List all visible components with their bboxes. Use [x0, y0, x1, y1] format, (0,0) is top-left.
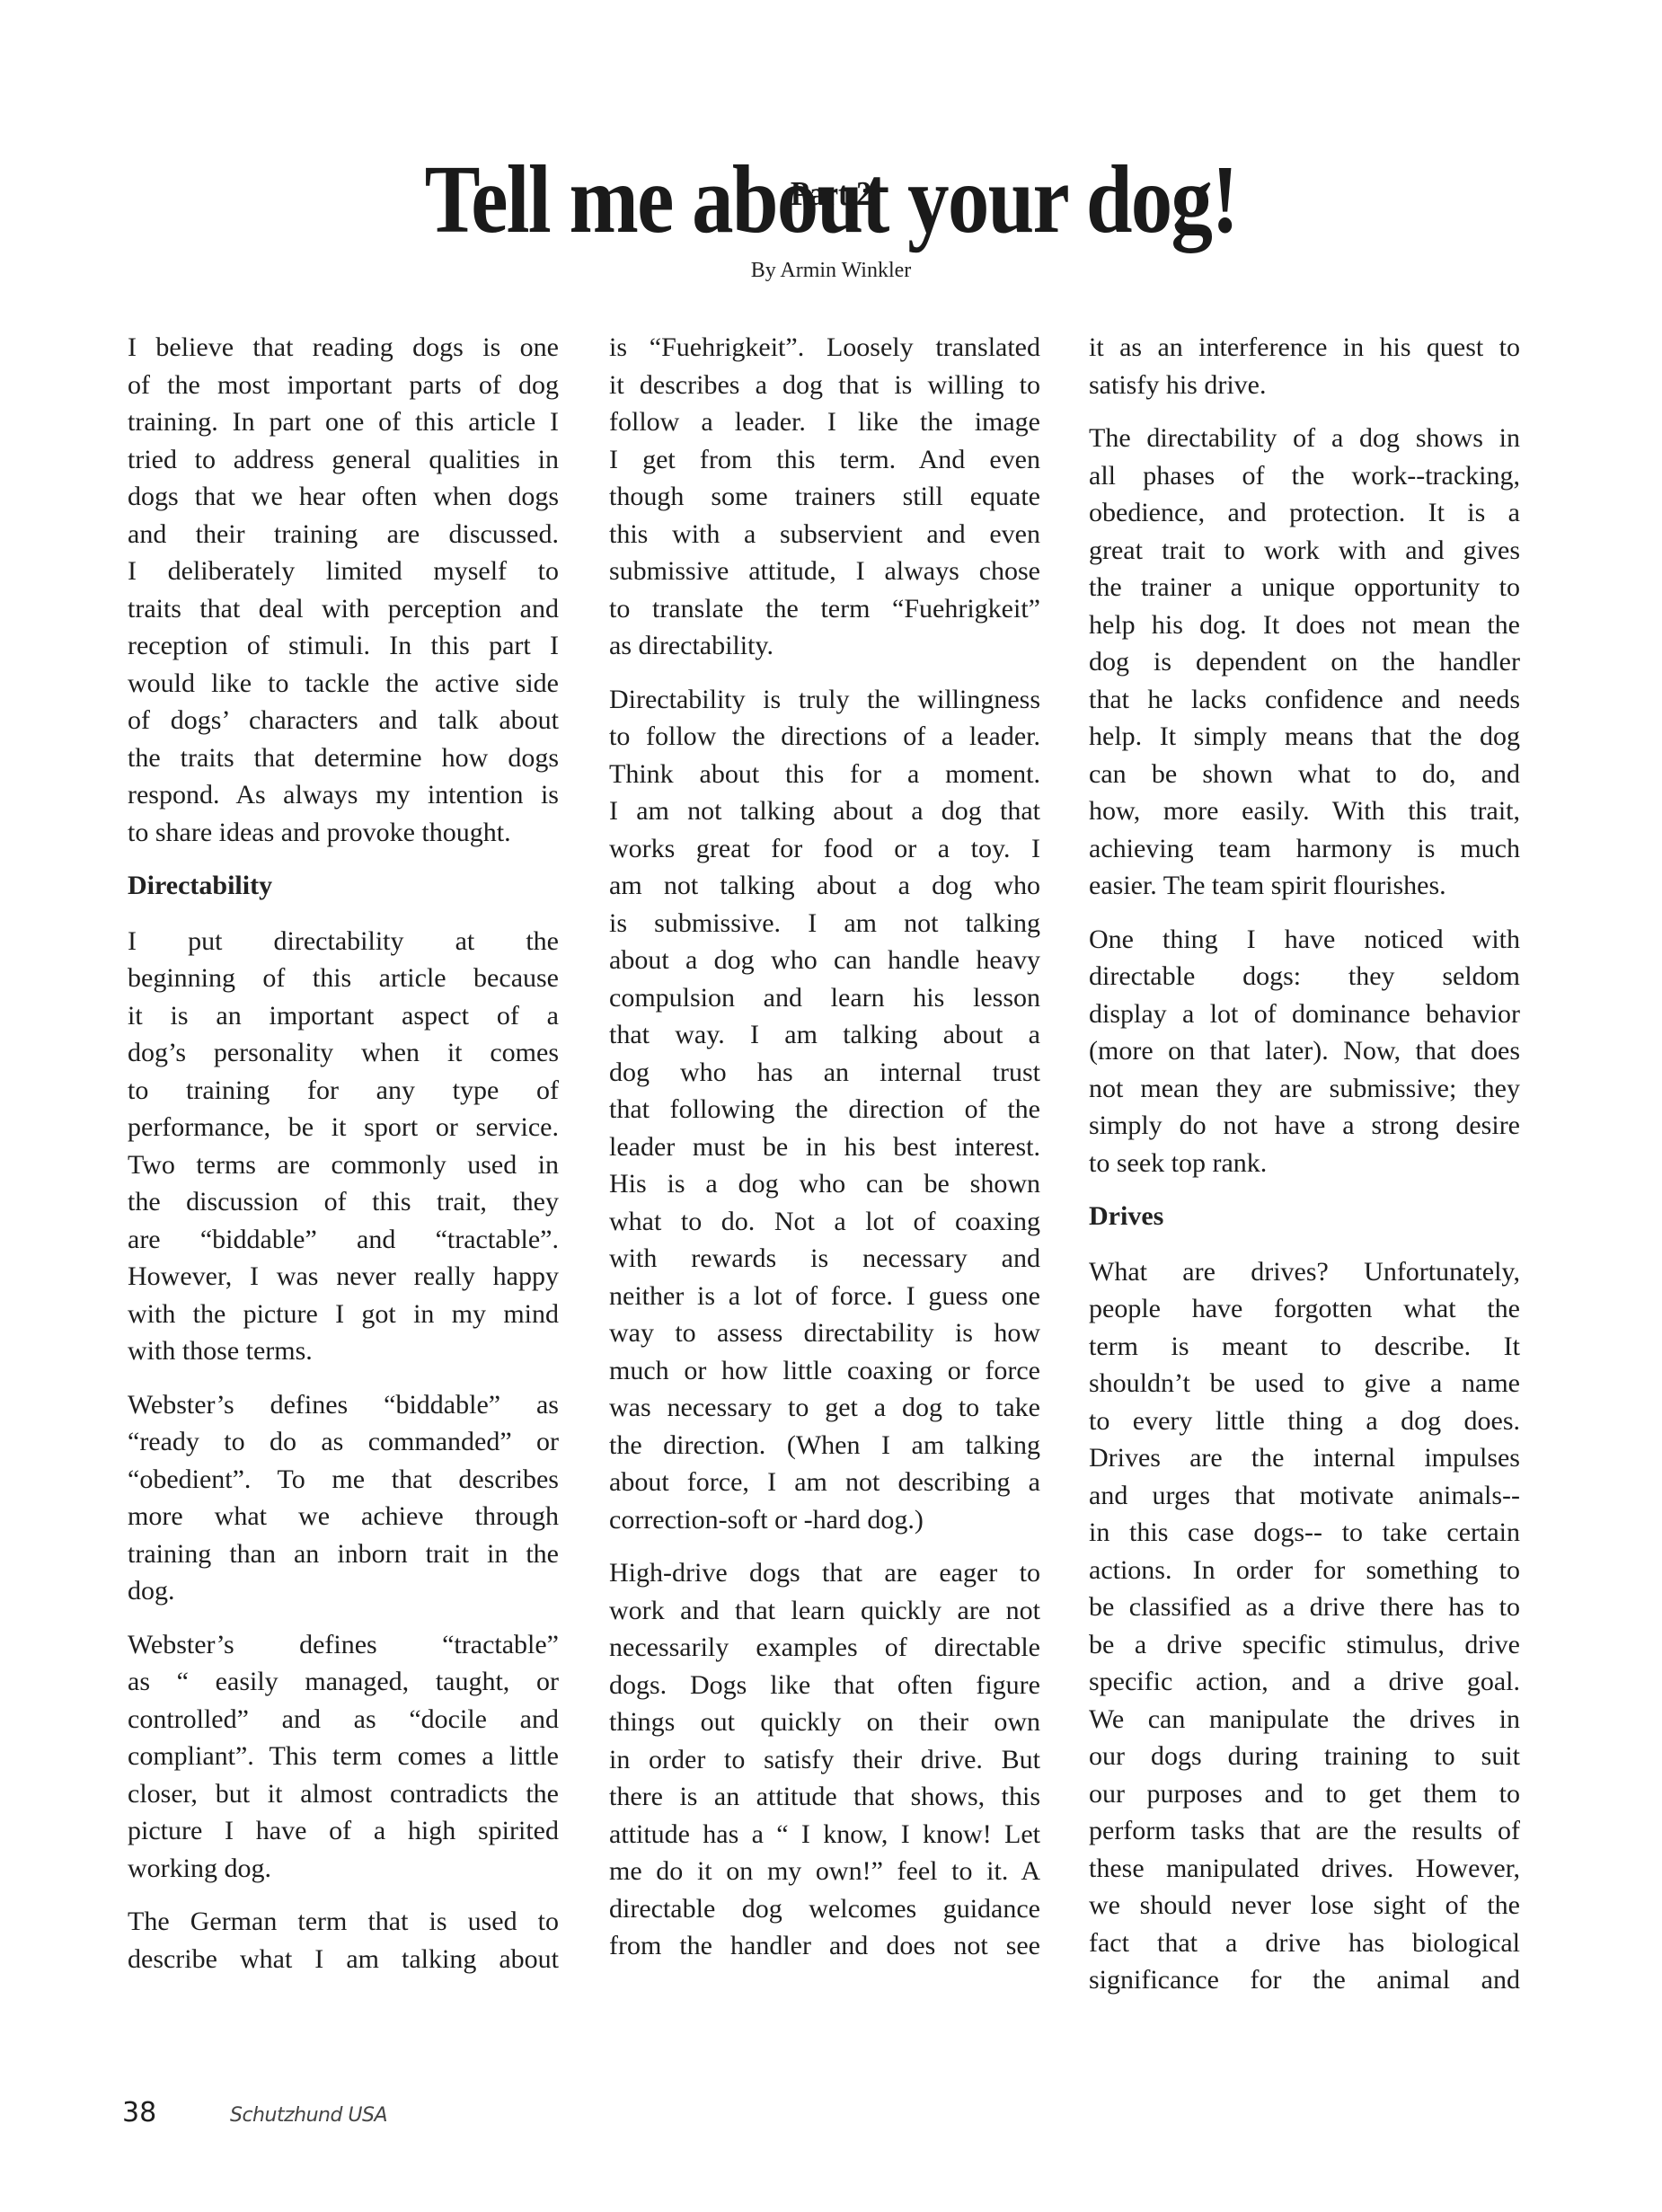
text-line: directable dogs: they seldom	[1089, 958, 1520, 995]
text-line: working dog.	[128, 1850, 559, 1888]
text-line: how, more easily. With this trait,	[1089, 792, 1520, 830]
text-line: correction-soft or -hard dog.)	[609, 1501, 1040, 1539]
text-line: The directability of a dog shows in	[1089, 420, 1520, 457]
text-line: more what we achieve through	[128, 1498, 559, 1535]
text-line: easier. The team spirit flourishes.	[1089, 867, 1520, 905]
text-line: with the picture I got in my mind	[128, 1296, 559, 1333]
text-line: that he lacks confidence and needs	[1089, 681, 1520, 719]
text-line: works great for food or a toy. I	[609, 830, 1040, 868]
page-footer: 38 Schutzhund USA	[122, 2097, 387, 2133]
text-line: I believe that reading dogs is one	[128, 329, 559, 367]
text-line: tried to address general qualities in	[128, 441, 559, 479]
text-column-1: I believe that reading dogs is oneof the…	[128, 329, 559, 1994]
text-line: in order to satisfy their drive. But	[609, 1741, 1040, 1779]
paragraph: Directability is truly the willingnessto…	[609, 681, 1040, 1539]
text-line: I get from this term. And even	[609, 441, 1040, 479]
text-line: actions. In order for something to	[1089, 1552, 1520, 1589]
text-line: picture I have of a high spirited	[128, 1812, 559, 1850]
text-line: with those terms.	[128, 1332, 559, 1370]
text-line: Webster’s defines “tractable”	[128, 1626, 559, 1664]
text-line: these manipulated drives. However,	[1089, 1850, 1520, 1888]
text-line: performance, be it sport or service.	[128, 1109, 559, 1146]
text-line: Drives are the internal impulses	[1089, 1439, 1520, 1477]
text-line: to translate the term “Fuehrigkeit”	[609, 590, 1040, 628]
text-line: fact that a drive has biological	[1089, 1924, 1520, 1962]
section-heading: Directability	[128, 867, 559, 905]
text-line: be classified as a drive there has to	[1089, 1588, 1520, 1626]
text-line: traits that deal with perception and	[128, 590, 559, 628]
text-line: of dogs’ characters and talk about	[128, 702, 559, 739]
paragraph: Webster’s defines “biddable” as“ready to…	[128, 1386, 559, 1610]
text-line: closer, but it almost contradicts the	[128, 1775, 559, 1813]
text-line: things out quickly on their own	[609, 1703, 1040, 1741]
text-line: about force, I am not describing a	[609, 1464, 1040, 1501]
text-line: Two terms are commonly used in	[128, 1146, 559, 1184]
text-line: significance for the animal and	[1089, 1961, 1520, 1999]
text-line: our dogs during training to suit	[1089, 1738, 1520, 1775]
text-line: dog.	[128, 1572, 559, 1610]
paragraph: I believe that reading dogs is oneof the…	[128, 329, 559, 851]
text-line: specific action, and a drive goal.	[1089, 1663, 1520, 1701]
text-line: people have forgotten what the	[1089, 1290, 1520, 1328]
text-line: what to do. Not a lot of coaxing	[609, 1203, 1040, 1241]
text-line: the traits that determine how dogs	[128, 739, 559, 777]
text-line: and urges that motivate animals--	[1089, 1477, 1520, 1515]
text-line: the direction. (When I am talking	[609, 1427, 1040, 1464]
text-line: (more on that later). Now, that does	[1089, 1032, 1520, 1070]
text-line: way to assess directability is how	[609, 1314, 1040, 1352]
text-line: that way. I am talking about a	[609, 1016, 1040, 1054]
text-line: to seek top rank.	[1089, 1145, 1520, 1182]
text-line: am not talking about a dog who	[609, 867, 1040, 905]
text-line: necessarily examples of directable	[609, 1629, 1040, 1667]
text-line: it describes a dog that is willing to	[609, 367, 1040, 404]
text-line: we should never lose sight of the	[1089, 1887, 1520, 1924]
text-line: display a lot of dominance behavior	[1089, 995, 1520, 1033]
text-line: training. In part one of this article I	[128, 403, 559, 441]
text-line: help. It simply means that the dog	[1089, 718, 1520, 756]
text-line: compliant”. This term comes a little	[128, 1738, 559, 1775]
publication-name: Schutzhund USA	[230, 2104, 387, 2127]
text-line: me do it on my own!” feel to it. A	[609, 1853, 1040, 1890]
text-line: the discussion of this trait, they	[128, 1183, 559, 1221]
text-line: as directability.	[609, 627, 1040, 665]
text-line: The German term that is used to	[128, 1903, 559, 1941]
text-line: Directability is truly the willingness	[609, 681, 1040, 719]
text-line: dog’s personality when it comes	[128, 1034, 559, 1072]
text-line: as “ easily managed, taught, or	[128, 1663, 559, 1701]
text-line: is “Fuehrigkeit”. Loosely translated	[609, 329, 1040, 367]
text-line: beginning of this article because	[128, 960, 559, 997]
text-line: attitude has a “ I know, I know! Let	[609, 1816, 1040, 1854]
text-line: dog is dependent on the handler	[1089, 643, 1520, 681]
text-line: describe what I am talking about	[128, 1941, 559, 1978]
text-line: to share ideas and provoke thought.	[128, 814, 559, 852]
text-line: and their training are discussed.	[128, 516, 559, 553]
text-column-2: is “Fuehrigkeit”. Loosely translatedit d…	[609, 329, 1040, 1981]
text-line: I am not talking about a dog that	[609, 792, 1040, 830]
paragraph: One thing I have noticed withdirectable …	[1089, 921, 1520, 1182]
text-line: it as an interference in his quest to	[1089, 329, 1520, 367]
text-line: controlled” and as “docile and	[128, 1701, 559, 1739]
text-line: in this case dogs-- to take certain	[1089, 1514, 1520, 1552]
text-line: satisfy his drive.	[1089, 367, 1520, 404]
text-line: training than an inborn trait in the	[128, 1535, 559, 1573]
text-line: work and that learn quickly are not	[609, 1592, 1040, 1630]
text-line: One thing I have noticed with	[1089, 921, 1520, 959]
text-line: His is a dog who can be shown	[609, 1165, 1040, 1203]
text-line: this with a subservient and even	[609, 516, 1040, 553]
text-line: dogs that we hear often when dogs	[128, 478, 559, 516]
text-line: from the handler and does not see	[609, 1927, 1040, 1965]
text-line: obedience, and protection. It is a	[1089, 494, 1520, 532]
text-line: perform tasks that are the results of	[1089, 1812, 1520, 1850]
text-line: be a drive specific stimulus, drive	[1089, 1626, 1520, 1664]
text-line: dog who has an internal trust	[609, 1054, 1040, 1092]
text-line: achieving team harmony is much	[1089, 830, 1520, 868]
text-line: I deliberately limited myself to	[128, 553, 559, 590]
text-line: respond. As always my intention is	[128, 776, 559, 814]
text-line: to every little thing a dog does.	[1089, 1402, 1520, 1440]
text-line: great trait to work with and gives	[1089, 532, 1520, 570]
text-line: to training for any type of	[128, 1072, 559, 1110]
text-line: the trainer a unique opportunity to	[1089, 569, 1520, 606]
text-line: was necessary to get a dog to take	[609, 1389, 1040, 1427]
paragraph: I put directability at thebeginning of t…	[128, 923, 559, 1370]
text-line: We can manipulate the drives in	[1089, 1701, 1520, 1739]
text-line: of the most important parts of dog	[128, 367, 559, 404]
text-line: can be shown what to do, and	[1089, 756, 1520, 793]
text-line: compulsion and learn his lesson	[609, 979, 1040, 1017]
text-line: neither is a lot of force. I guess one	[609, 1278, 1040, 1315]
article-byline: By Armin Winkler	[0, 257, 1662, 284]
text-line: However, I was never really happy	[128, 1258, 559, 1296]
article-subtitle: Part 2	[84, 174, 1579, 214]
text-line: would like to tackle the active side	[128, 665, 559, 703]
text-column-3: it as an interference in his quest tosat…	[1089, 329, 1520, 2015]
text-line: not mean they are submissive; they	[1089, 1070, 1520, 1108]
text-line: What are drives? Unfortunately,	[1089, 1253, 1520, 1291]
text-line: directable dog welcomes guidance	[609, 1890, 1040, 1928]
text-line: is submissive. I am not talking	[609, 905, 1040, 942]
paragraph: What are drives? Unfortunately,people ha…	[1089, 1253, 1520, 1999]
paragraph: High-drive dogs that are eager towork an…	[609, 1554, 1040, 1965]
text-line: “ready to do as commanded” or	[128, 1423, 559, 1461]
text-line: follow a leader. I like the image	[609, 403, 1040, 441]
text-line: much or how little coaxing or force	[609, 1352, 1040, 1390]
text-line: Think about this for a moment.	[609, 756, 1040, 793]
text-line: with rewards is necessary and	[609, 1240, 1040, 1278]
text-line: there is an attitude that shows, this	[609, 1778, 1040, 1816]
page-number: 38	[122, 2097, 230, 2128]
text-line: simply do not have a strong desire	[1089, 1107, 1520, 1145]
text-line: are “biddable” and “tractable”.	[128, 1221, 559, 1259]
section-heading: Drives	[1089, 1198, 1520, 1235]
text-line: Webster’s defines “biddable” as	[128, 1386, 559, 1424]
text-line: though some trainers still equate	[609, 478, 1040, 516]
paragraph: it as an interference in his quest tosat…	[1089, 329, 1520, 403]
text-line: about a dog who can handle heavy	[609, 942, 1040, 979]
text-line: “obedient”. To me that describes	[128, 1461, 559, 1499]
text-line: our purposes and to get them to	[1089, 1775, 1520, 1813]
text-line: help his dog. It does not mean the	[1089, 606, 1520, 644]
text-line: it is an important aspect of a	[128, 997, 559, 1035]
paragraph: The German term that is used todescribe …	[128, 1903, 559, 1978]
text-line: that following the direction of the	[609, 1091, 1040, 1128]
text-line: to follow the directions of a leader.	[609, 718, 1040, 756]
text-line: dogs. Dogs like that often figure	[609, 1667, 1040, 1704]
paragraph: Webster’s defines “tractable”as “ easily…	[128, 1626, 559, 1888]
text-line: all phases of the work--tracking,	[1089, 457, 1520, 495]
text-line: High-drive dogs that are eager to	[609, 1554, 1040, 1592]
text-line: I put directability at the	[128, 923, 559, 960]
text-line: reception of stimuli. In this part I	[128, 627, 559, 665]
paragraph: The directability of a dog shows inall p…	[1089, 420, 1520, 905]
text-line: shouldn’t be used to give a name	[1089, 1365, 1520, 1402]
paragraph: is “Fuehrigkeit”. Loosely translatedit d…	[609, 329, 1040, 665]
text-line: leader must be in his best interest.	[609, 1128, 1040, 1166]
text-line: submissive attitude, I always chose	[609, 553, 1040, 590]
text-line: term is meant to describe. It	[1089, 1328, 1520, 1366]
